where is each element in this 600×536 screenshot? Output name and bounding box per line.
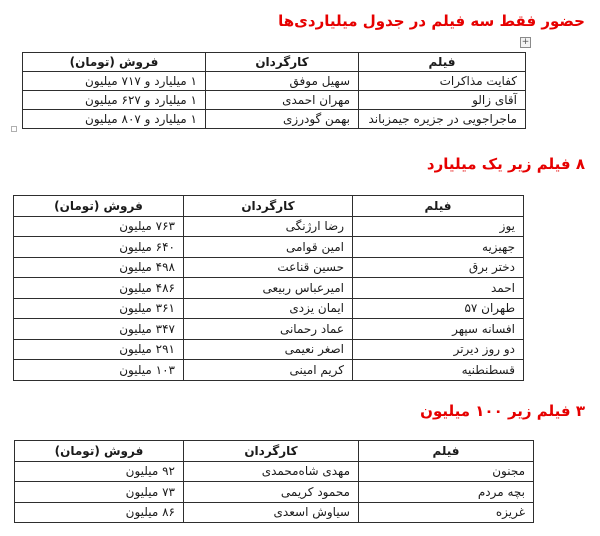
cell-film: مجنون xyxy=(359,461,534,482)
table-row: دختر برق حسین قناعت ۴۹۸ میلیون xyxy=(14,257,524,278)
table-row: غریزه سیاوش اسعدی ۸۶ میلیون xyxy=(15,502,534,523)
cell-film: غریزه xyxy=(359,502,534,523)
cell-film: احمد xyxy=(353,278,524,299)
cell-director: سیاوش اسعدی xyxy=(184,502,359,523)
table-row: قسطنطنیه کریم امینی ۱۰۳ میلیون xyxy=(14,360,524,381)
cell-film: قسطنطنیه xyxy=(353,360,524,381)
cell-film: آقای زالو xyxy=(359,91,526,110)
table-row: جهیزیه امین قوامی ۶۴۰ میلیون xyxy=(14,237,524,258)
cell-film: جهیزیه xyxy=(353,237,524,258)
cell-director: بهمن گودرزی xyxy=(206,110,359,129)
column-header-film: فیلم xyxy=(359,53,526,72)
cell-sales: ۷۶۳ میلیون xyxy=(14,216,184,237)
cell-sales: ۱ میلیارد و ۶۲۷ میلیون xyxy=(23,91,206,110)
cell-director: کریم امینی xyxy=(184,360,353,381)
table-row: مجنون مهدی شاه‌محمدی ۹۲ میلیون xyxy=(15,461,534,482)
cell-film: دختر برق xyxy=(353,257,524,278)
cell-film: طهران ۵۷ xyxy=(353,298,524,319)
cell-director: امیرعباس ربیعی xyxy=(184,278,353,299)
table-header-row: فیلم کارگردان فروش (تومان) xyxy=(23,53,526,72)
table-row: یوز رضا ارژنگی ۷۶۳ میلیون xyxy=(14,216,524,237)
table-row: آقای زالو مهران احمدی ۱ میلیارد و ۶۲۷ می… xyxy=(23,91,526,110)
table-row: بچه مردم محمود کریمی ۷۳ میلیون xyxy=(15,482,534,503)
cell-director: حسین قناعت xyxy=(184,257,353,278)
cell-director: عماد رحمانی xyxy=(184,319,353,340)
cell-sales: ۱ میلیارد و ۷۱۷ میلیون xyxy=(23,72,206,91)
cell-sales: ۷۳ میلیون xyxy=(15,482,184,503)
cell-director: سهیل موفق xyxy=(206,72,359,91)
table-header-row: فیلم کارگردان فروش (تومان) xyxy=(14,196,524,217)
cell-sales: ۶۴۰ میلیون xyxy=(14,237,184,258)
cell-director: مهدی شاه‌محمدی xyxy=(184,461,359,482)
section-heading-under-one-billion: ۸ فیلم زیر یک میلیارد xyxy=(427,155,585,173)
cell-sales: ۱۰۳ میلیون xyxy=(14,360,184,381)
table-row: ماجراجویی در جزیره جیمزباند بهمن گودرزی … xyxy=(23,110,526,129)
cell-film: دو روز دیرتر xyxy=(353,339,524,360)
cell-sales: ۴۹۸ میلیون xyxy=(14,257,184,278)
cell-director: اصغر نعیمی xyxy=(184,339,353,360)
column-header-director: کارگردان xyxy=(206,53,359,72)
table-row: افسانه سپهر عماد رحمانی ۳۴۷ میلیون xyxy=(14,319,524,340)
table-under-billion: فیلم کارگردان فروش (تومان) یوز رضا ارژنگ… xyxy=(13,195,524,381)
column-header-sales: فروش (تومان) xyxy=(23,53,206,72)
cell-director: مهران احمدی xyxy=(206,91,359,110)
cell-sales: ۱ میلیارد و ۸۰۷ میلیون xyxy=(23,110,206,129)
section-heading-billionaires: حضور فقط سه فیلم در جدول میلیاردی‌ها xyxy=(278,12,585,30)
column-header-sales: فروش (تومان) xyxy=(15,441,184,462)
document-page: حضور فقط سه فیلم در جدول میلیاردی‌ها + ف… xyxy=(0,0,600,536)
cell-director: ایمان یزدی xyxy=(184,298,353,319)
table-row: دو روز دیرتر اصغر نعیمی ۲۹۱ میلیون xyxy=(14,339,524,360)
cell-sales: ۴۸۶ میلیون xyxy=(14,278,184,299)
cell-sales: ۳۴۷ میلیون xyxy=(14,319,184,340)
cell-sales: ۹۲ میلیون xyxy=(15,461,184,482)
table-billionaires: فیلم کارگردان فروش (تومان) کفایت مذاکرات… xyxy=(22,52,526,129)
column-header-sales: فروش (تومان) xyxy=(14,196,184,217)
table-resize-handle-icon[interactable] xyxy=(11,126,17,132)
cell-director: رضا ارژنگی xyxy=(184,216,353,237)
cell-sales: ۲۹۱ میلیون xyxy=(14,339,184,360)
table-move-handle-icon[interactable]: + xyxy=(520,37,531,48)
cell-director: امین قوامی xyxy=(184,237,353,258)
cell-film: افسانه سپهر xyxy=(353,319,524,340)
cell-film: یوز xyxy=(353,216,524,237)
cell-film: ماجراجویی در جزیره جیمزباند xyxy=(359,110,526,129)
cell-film: بچه مردم xyxy=(359,482,534,503)
column-header-director: کارگردان xyxy=(184,441,359,462)
table-row: طهران ۵۷ ایمان یزدی ۳۶۱ میلیون xyxy=(14,298,524,319)
table-under-100m: فیلم کارگردان فروش (تومان) مجنون مهدی شا… xyxy=(14,440,534,523)
cell-sales: ۸۶ میلیون xyxy=(15,502,184,523)
section-heading-under-100-million: ۳ فیلم زیر ۱۰۰ میلیون xyxy=(420,402,585,420)
column-header-film: فیلم xyxy=(353,196,524,217)
table-row: کفایت مذاکرات سهیل موفق ۱ میلیارد و ۷۱۷ … xyxy=(23,72,526,91)
table-header-row: فیلم کارگردان فروش (تومان) xyxy=(15,441,534,462)
column-header-director: کارگردان xyxy=(184,196,353,217)
cell-sales: ۳۶۱ میلیون xyxy=(14,298,184,319)
cell-director: محمود کریمی xyxy=(184,482,359,503)
column-header-film: فیلم xyxy=(359,441,534,462)
table-row: احمد امیرعباس ربیعی ۴۸۶ میلیون xyxy=(14,278,524,299)
cell-film: کفایت مذاکرات xyxy=(359,72,526,91)
